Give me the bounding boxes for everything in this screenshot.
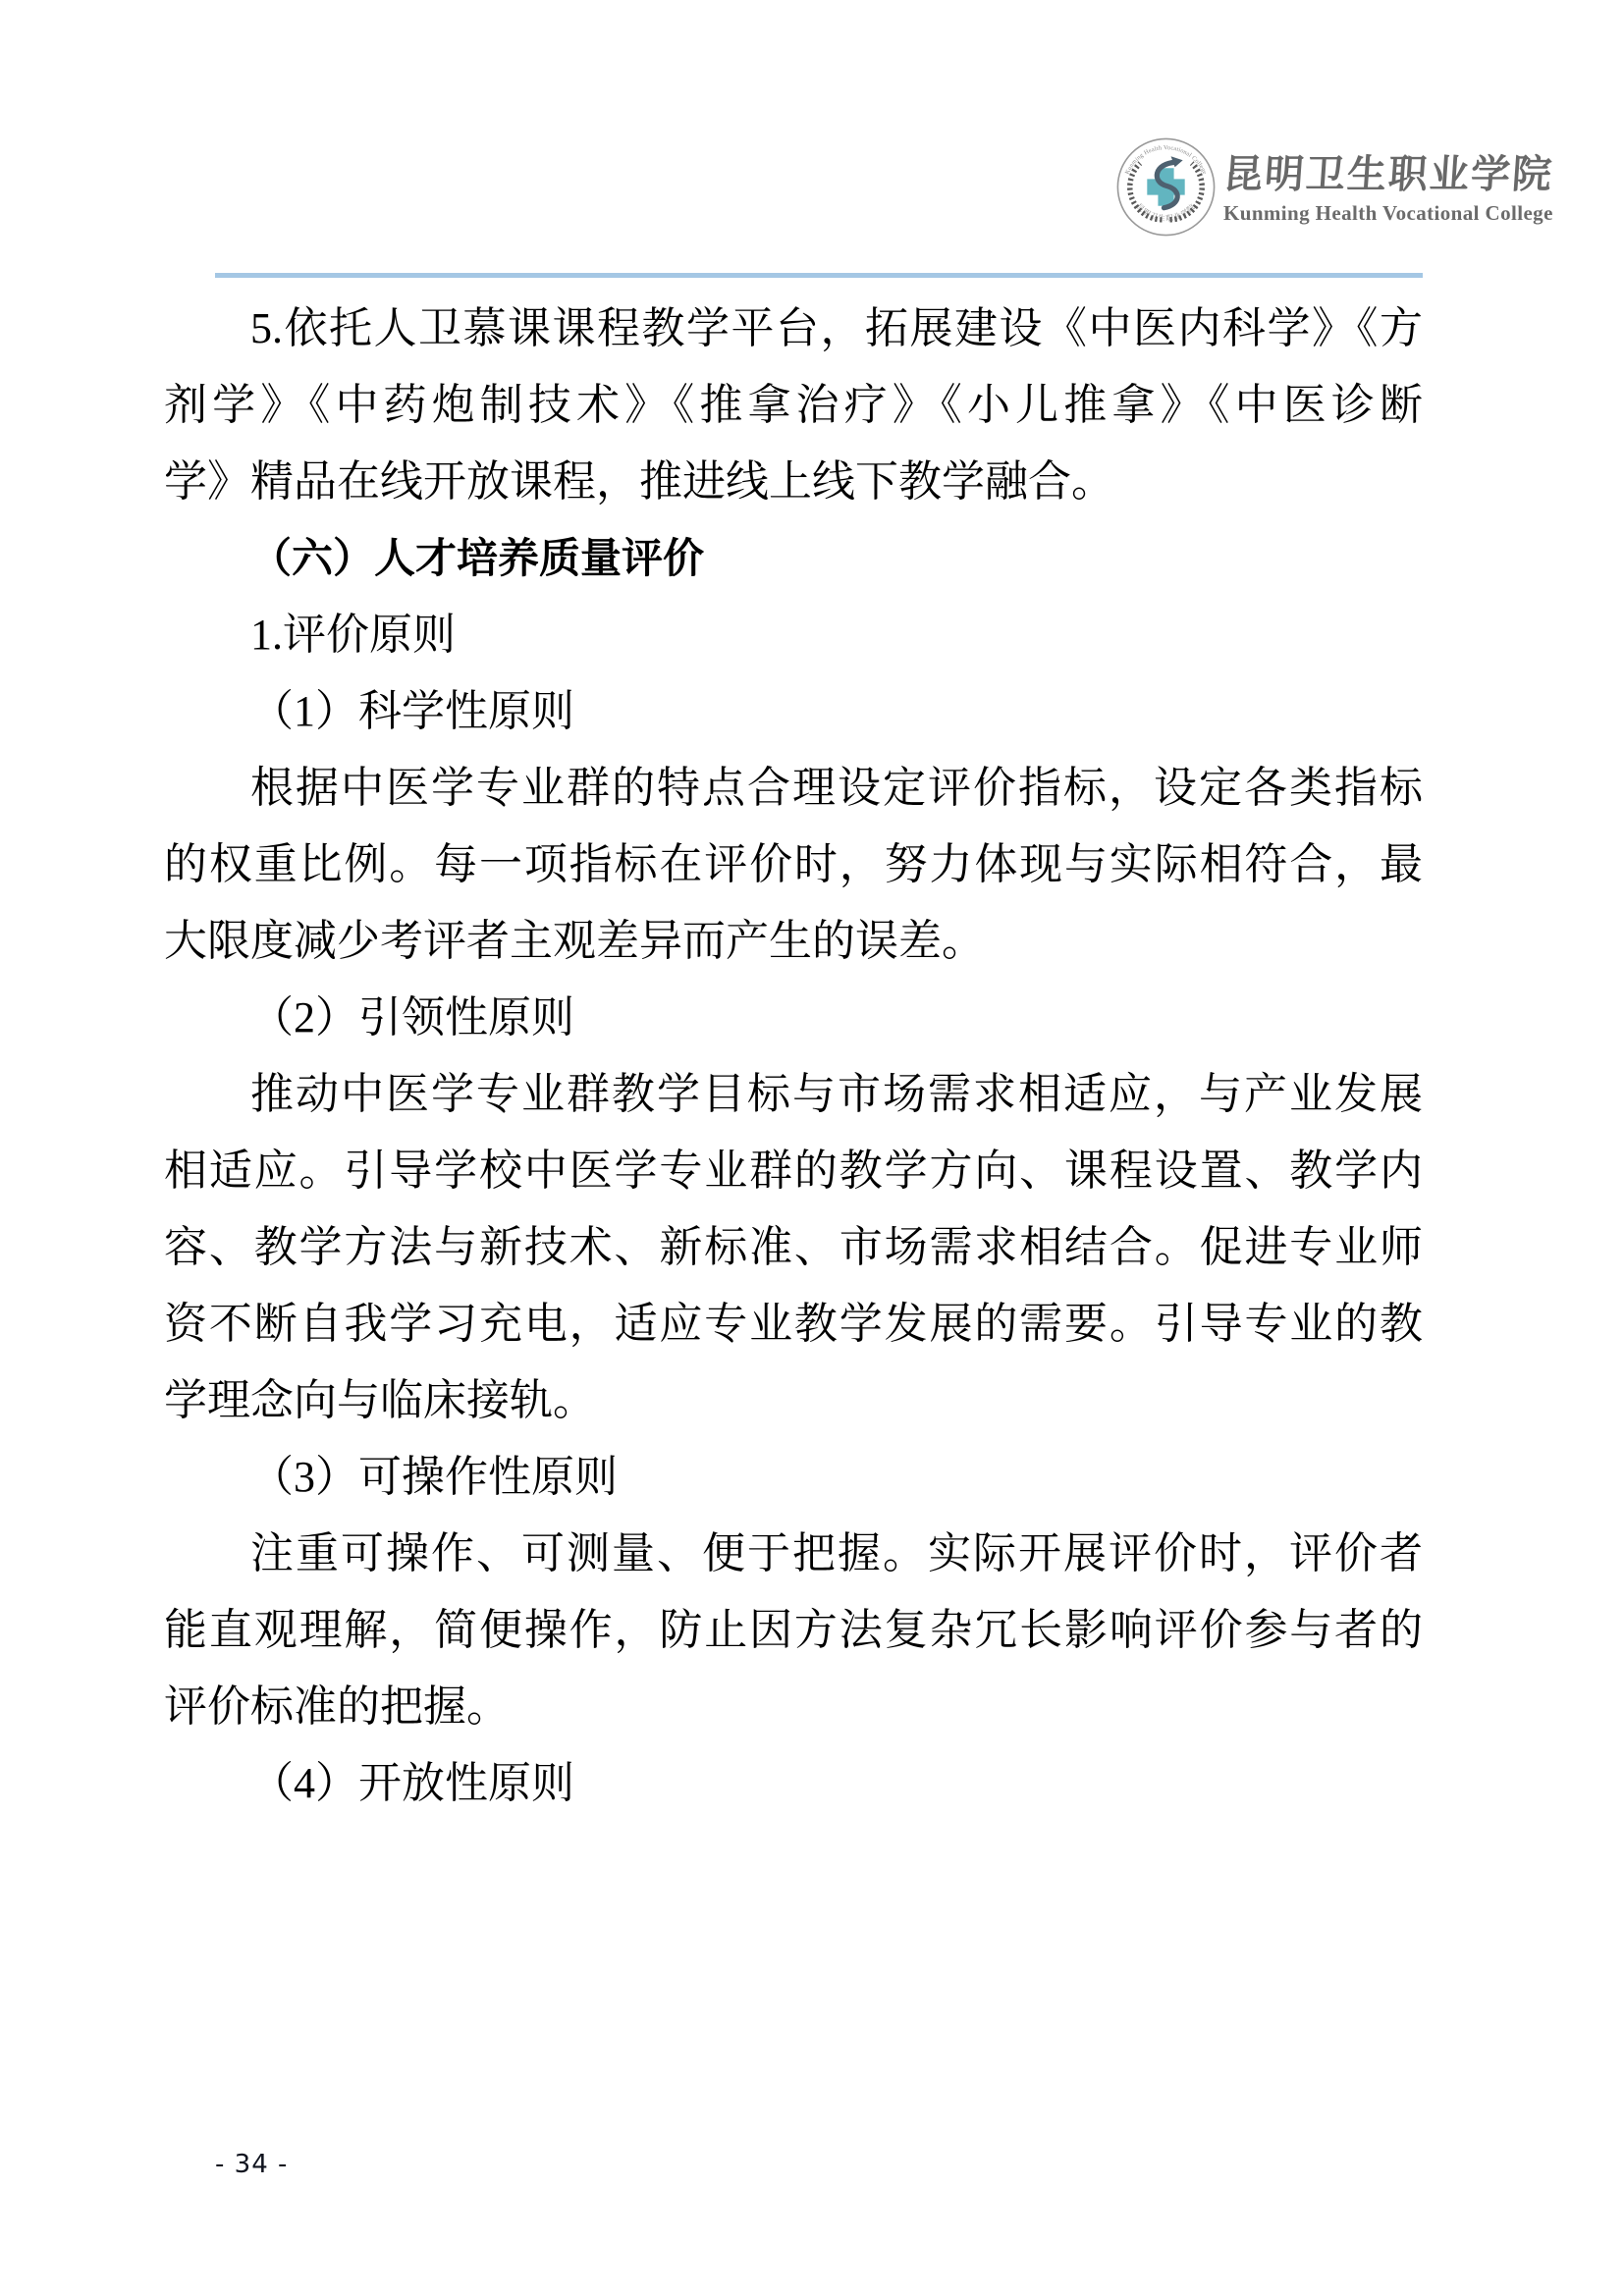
document-body: 5.依托人卫慕课课程教学平台，拓展建设《中医内科学》《方剂学》《中药炮制技术》《… bbox=[164, 291, 1423, 1822]
document-page: Kunming Health Vocational College 昆明卫生职业… bbox=[0, 0, 1624, 2296]
text-line: 资不断自我学习充电，适应专业教学发展的需要。引导专业的教 bbox=[164, 1286, 1423, 1362]
text-line: （3）可操作性原则 bbox=[164, 1439, 1423, 1516]
text-line: 学理念向与临床接轨。 bbox=[164, 1362, 1423, 1439]
page-number: - 34 - bbox=[215, 2150, 288, 2179]
text-line: 根据中医学专业群的特点合理设定评价指标，设定各类指标 bbox=[164, 750, 1423, 827]
college-name-calligraphy: 昆明卫生职业学院 bbox=[1221, 151, 1554, 198]
text-line: 容、教学方法与新技术、新标准、市场需求相结合。促进专业师 bbox=[164, 1209, 1423, 1286]
header-divider bbox=[215, 273, 1423, 278]
text-line: 相适应。引导学校中医学专业群的教学方向、课程设置、教学内 bbox=[164, 1133, 1423, 1209]
text-line: 5.依托人卫慕课课程教学平台，拓展建设《中医内科学》《方 bbox=[164, 291, 1423, 367]
college-brand: 昆明卫生职业学院 Kunming Health Vocational Colle… bbox=[1223, 137, 1553, 225]
text-line: 大限度减少考评者主观差异而产生的误差。 bbox=[164, 903, 1423, 980]
section-heading-line: （六）人才培养质量评价 bbox=[164, 520, 1423, 597]
text-line: 评价标准的把握。 bbox=[164, 1669, 1423, 1745]
text-line: 剂学》《中药炮制技术》《推拿治疗》《小儿推拿》《中医诊断 bbox=[164, 367, 1423, 444]
text-line: （4）开放性原则 bbox=[164, 1745, 1423, 1822]
page-header: Kunming Health Vocational College 昆明卫生职业… bbox=[1116, 137, 1553, 237]
text-line: 推动中医学专业群教学目标与市场需求相适应，与产业发展 bbox=[164, 1056, 1423, 1133]
text-line: 注重可操作、可测量、便于把握。实际开展评价时，评价者 bbox=[164, 1516, 1423, 1592]
text-line: （1）科学性原则 bbox=[164, 673, 1423, 750]
text-line: 的权重比例。每一项指标在评价时，努力体现与实际相符合，最 bbox=[164, 827, 1423, 903]
college-seal-icon: Kunming Health Vocational College 昆明卫生职业… bbox=[1116, 137, 1216, 237]
text-line: 能直观理解，简便操作，防止因方法复杂冗长影响评价参与者的 bbox=[164, 1592, 1423, 1669]
college-name-english: Kunming Health Vocational College bbox=[1223, 201, 1553, 225]
page-footer: - 34 - bbox=[215, 2150, 288, 2179]
text-line: 1.评价原则 bbox=[164, 597, 1423, 673]
text-line: （2）引领性原则 bbox=[164, 980, 1423, 1056]
text-line: 学》精品在线开放课程，推进线上线下教学融合。 bbox=[164, 444, 1423, 520]
